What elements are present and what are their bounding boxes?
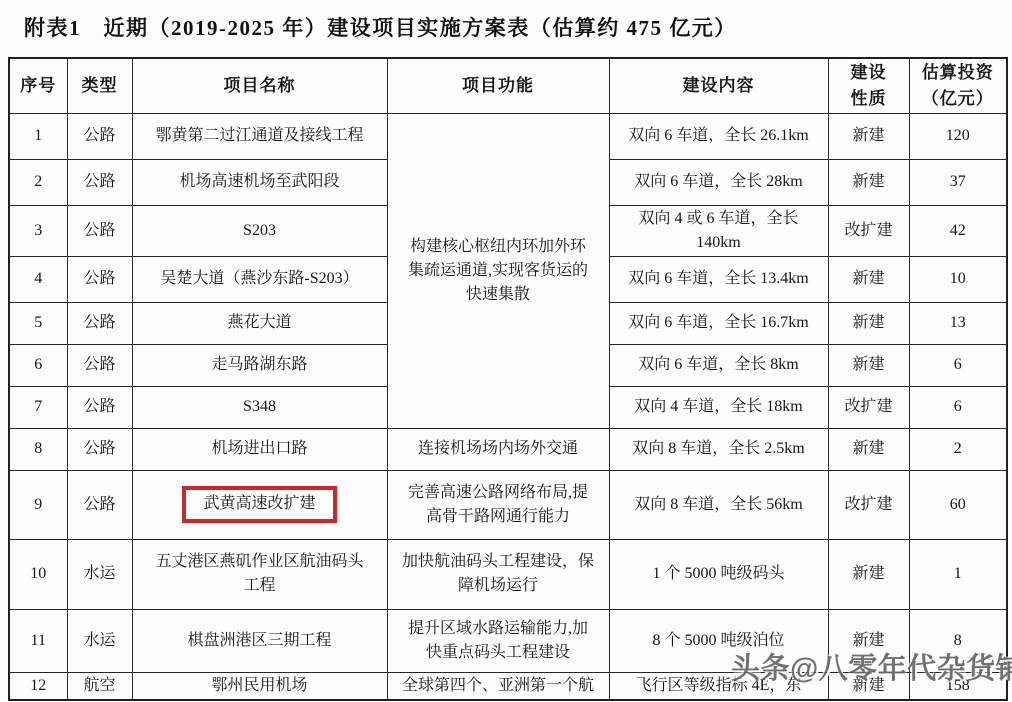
cell-investment: 120 xyxy=(909,113,1007,159)
header-seq: 序号 xyxy=(9,58,67,113)
cell-nature: 改扩建 xyxy=(828,205,909,256)
cell-content: 双向 4 车道，全长 18km xyxy=(609,386,828,428)
cell-investment: 42 xyxy=(909,205,1007,256)
cell-project-name: S203 xyxy=(132,205,387,256)
cell-nature: 新建 xyxy=(828,609,909,672)
cell-content: 1 个 5000 吨级码头 xyxy=(609,539,828,609)
cell-content: 8 个 5000 吨级泊位 xyxy=(609,609,828,672)
cell-function: 加快航油码头工程建设，保 障机场运行 xyxy=(387,539,609,609)
cell-project-name: 武黄高速改扩建 xyxy=(132,470,387,539)
cell-seq: 1 xyxy=(9,113,67,159)
table-row: 8 公路 机场进出口路 连接机场场内场外交通 双向 8 车道，全长 2.5km … xyxy=(9,428,1007,470)
cell-nature: 新建 xyxy=(828,159,909,205)
cell-function: 完善高速公路网络布局,提 高骨干路网通行能力 xyxy=(387,470,609,539)
header-construction-nature: 建设 性质 xyxy=(828,58,909,113)
header-project-name: 项目名称 xyxy=(132,58,387,113)
table-row-highlighted: 9 公路 武黄高速改扩建 完善高速公路网络布局,提 高骨干路网通行能力 双向 8… xyxy=(9,470,1007,539)
cell-investment: 2 xyxy=(909,428,1007,470)
cell-type: 公路 xyxy=(67,386,132,428)
cell-investment: 37 xyxy=(909,159,1007,205)
cell-project-name: 鄂黄第二过江通道及接线工程 xyxy=(132,113,387,159)
cell-content: 双向 6 车道，全长 8km xyxy=(609,344,828,386)
cell-project-name: 鄂州民用机场 xyxy=(132,672,387,700)
cell-nature: 新建 xyxy=(828,256,909,302)
cell-content: 双向 6 车道，全长 13.4km xyxy=(609,256,828,302)
header-type: 类型 xyxy=(67,58,132,113)
table-row: 12 航空 鄂州民用机场 全球第四个、亚洲第一个航 飞行区等级指标 4E，东 新… xyxy=(9,672,1007,700)
cell-type: 水运 xyxy=(67,539,132,609)
cell-project-name: 机场进出口路 xyxy=(132,428,387,470)
cell-seq: 7 xyxy=(9,386,67,428)
cell-project-name: 五丈港区燕矶作业区航油码头 工程 xyxy=(132,539,387,609)
cell-type: 公路 xyxy=(67,159,132,205)
cell-type: 公路 xyxy=(67,113,132,159)
header-project-function: 项目功能 xyxy=(387,58,609,113)
cell-investment: 60 xyxy=(909,470,1007,539)
page-title: 附表1 近期（2019-2025 年）建设项目实施方案表（估算约 475 亿元） xyxy=(24,12,737,42)
cell-nature: 改扩建 xyxy=(828,470,909,539)
cell-investment: 6 xyxy=(909,386,1007,428)
cell-content: 双向 8 车道，全长 2.5km xyxy=(609,428,828,470)
cell-project-name: S348 xyxy=(132,386,387,428)
cell-project-name: 吴楚大道（燕沙东路-S203） xyxy=(132,256,387,302)
cell-nature: 新建 xyxy=(828,428,909,470)
cell-seq: 4 xyxy=(9,256,67,302)
cell-type: 公路 xyxy=(67,302,132,344)
cell-type: 公路 xyxy=(67,470,132,539)
cell-nature: 新建 xyxy=(828,344,909,386)
cell-merged-function: 构建核心枢纽内环加外环 集疏运通道,实现客货运的 快速集散 xyxy=(387,113,609,428)
cell-content: 双向 6 车道，全长 16.7km xyxy=(609,302,828,344)
cell-investment: 158 xyxy=(909,672,1007,700)
cell-seq: 12 xyxy=(9,672,67,700)
cell-seq: 2 xyxy=(9,159,67,205)
cell-investment: 1 xyxy=(909,539,1007,609)
cell-nature: 改扩建 xyxy=(828,386,909,428)
cell-seq: 6 xyxy=(9,344,67,386)
cell-content: 双向 8 车道，全长 56km xyxy=(609,470,828,539)
cell-type: 水运 xyxy=(67,609,132,672)
header-construction-content: 建设内容 xyxy=(609,58,828,113)
cell-type: 公路 xyxy=(67,344,132,386)
cell-investment: 10 xyxy=(909,256,1007,302)
cell-content: 双向 6 车道，全长 26.1km xyxy=(609,113,828,159)
header-investment: 估算投资 （亿元） xyxy=(909,58,1007,113)
construction-plan-table: 序号 类型 项目名称 项目功能 建设内容 建设 性质 估算投资 （亿元） 1 公… xyxy=(8,57,1008,701)
cell-seq: 11 xyxy=(9,609,67,672)
cell-content: 双向 6 车道，全长 28km xyxy=(609,159,828,205)
cell-seq: 3 xyxy=(9,205,67,256)
cell-project-name: 燕花大道 xyxy=(132,302,387,344)
cell-function: 提升区域水路运输能力,加 快重点码头工程建设 xyxy=(387,609,609,672)
cell-type: 公路 xyxy=(67,205,132,256)
cell-seq: 5 xyxy=(9,302,67,344)
cell-type: 公路 xyxy=(67,256,132,302)
cell-project-name: 棋盘洲港区三期工程 xyxy=(132,609,387,672)
cell-project-name: 走马路湖东路 xyxy=(132,344,387,386)
cell-nature: 新建 xyxy=(828,302,909,344)
cell-content: 双向 4 或 6 车道，全长 140km xyxy=(609,205,828,256)
cell-investment: 13 xyxy=(909,302,1007,344)
cell-investment: 6 xyxy=(909,344,1007,386)
cell-seq: 8 xyxy=(9,428,67,470)
cell-investment: 8 xyxy=(909,609,1007,672)
cell-type: 航空 xyxy=(67,672,132,700)
cell-seq: 9 xyxy=(9,470,67,539)
table-row: 10 水运 五丈港区燕矶作业区航油码头 工程 加快航油码头工程建设，保 障机场运… xyxy=(9,539,1007,609)
cell-seq: 10 xyxy=(9,539,67,609)
red-highlight-box: 武黄高速改扩建 xyxy=(182,486,336,522)
cell-nature: 新建 xyxy=(828,113,909,159)
cell-nature: 新建 xyxy=(828,672,909,700)
cell-type: 公路 xyxy=(67,428,132,470)
cell-nature: 新建 xyxy=(828,539,909,609)
table-row: 1 公路 鄂黄第二过江通道及接线工程 构建核心枢纽内环加外环 集疏运通道,实现客… xyxy=(9,113,1007,159)
cell-function: 连接机场场内场外交通 xyxy=(387,428,609,470)
cell-function: 全球第四个、亚洲第一个航 xyxy=(387,672,609,700)
cell-project-name: 机场高速机场至武阳段 xyxy=(132,159,387,205)
cell-content: 飞行区等级指标 4E，东 xyxy=(609,672,828,700)
table-header-row: 序号 类型 项目名称 项目功能 建设内容 建设 性质 估算投资 （亿元） xyxy=(9,58,1007,113)
table-row: 11 水运 棋盘洲港区三期工程 提升区域水路运输能力,加 快重点码头工程建设 8… xyxy=(9,609,1007,672)
